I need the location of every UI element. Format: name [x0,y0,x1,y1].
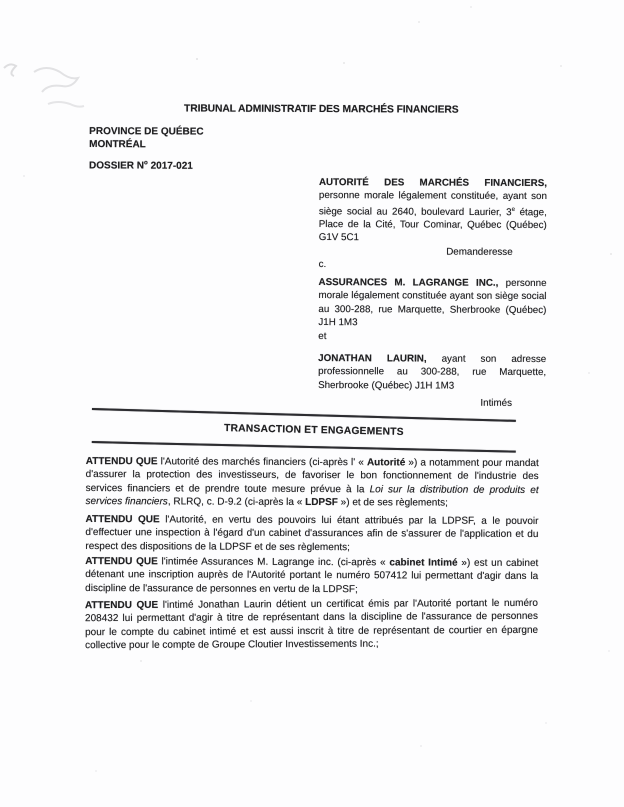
docket-number: DOSSIER No 2017-021 [89,159,193,172]
document-body: TRIBUNAL ADMINISTRATIF DES MARCHÉS FINAN… [0,0,624,807]
section-title: TRANSACTION ET ENGAGEMENTS [88,420,540,441]
text-segment: ATTENDU QUE [85,514,159,525]
text-segment: LDPSF [305,497,338,508]
scanned-page: TRIBUNAL ADMINISTRATIF DES MARCHÉS FINAN… [0,0,624,807]
recital-paragraph-3: ATTENDU QUE l'intimée Assurances M. Lagr… [85,555,538,597]
text-segment: JONATHAN LAURIN, [318,353,426,364]
respondents-role-label: Intimés [318,397,546,409]
text-segment: l'intimée Assurances M. Lagrange inc. (c… [158,556,390,568]
respondent-person-block: JONATHAN LAURIN, ayant son adresse profe… [318,352,546,393]
separator-line-top [92,408,516,422]
court-name: TRIBUNAL ADMINISTRATIF DES MARCHÉS FINAN… [95,103,547,116]
plaintiff-role-label: Demanderesse [319,246,547,258]
province-label: PROVINCE DE QUÉBEC [89,126,204,139]
respondent-company-block: ASSURANCES M. LAGRANGE INC., personne mo… [318,276,546,330]
recital-paragraph-1: ATTENDU QUE l'Autorité des marchés finan… [86,455,539,511]
text-segment: ASSURANCES M. LAGRANGE INC., [319,277,499,289]
text-segment: ATTENDU QUE [85,600,158,611]
separator-line-bottom [92,441,516,453]
recital-paragraph-2: ATTENDU QUE l'Autorité, en vertu des pou… [85,513,538,555]
city-label: MONTRÉAL [89,139,204,152]
plaintiff-block: AUTORITÉ DES MARCHÉS FINANCIERS, personn… [319,176,547,246]
and-label: et [318,331,326,342]
jurisdiction-block: PROVINCE DE QUÉBEC MONTRÉAL [89,126,204,152]
text-segment: DOSSIER N [89,160,144,171]
text-segment: Autorité [367,457,405,468]
text-segment: , RLRQ, c. D-9.2 (ci-après la « [168,497,305,509]
text-segment: ») et de ses règlements; [338,497,448,508]
text-segment: AUTORITÉ DES MARCHÉS FINANCIERS, [319,177,547,189]
text-segment: cabinet Intimé [389,557,457,568]
text-segment: ATTENDU QUE [86,456,158,467]
recital-paragraph-4: ATTENDU QUE l'intimé Jonathan Laurin dét… [85,597,538,653]
text-segment: 2017-021 [148,161,193,172]
versus-label: c. [319,259,327,270]
text-segment: personne morale légalement constituée, a… [319,190,547,217]
text-segment: ATTENDU QUE [85,556,158,567]
text-segment: l'Autorité des marchés financiers (ci-ap… [158,456,367,468]
